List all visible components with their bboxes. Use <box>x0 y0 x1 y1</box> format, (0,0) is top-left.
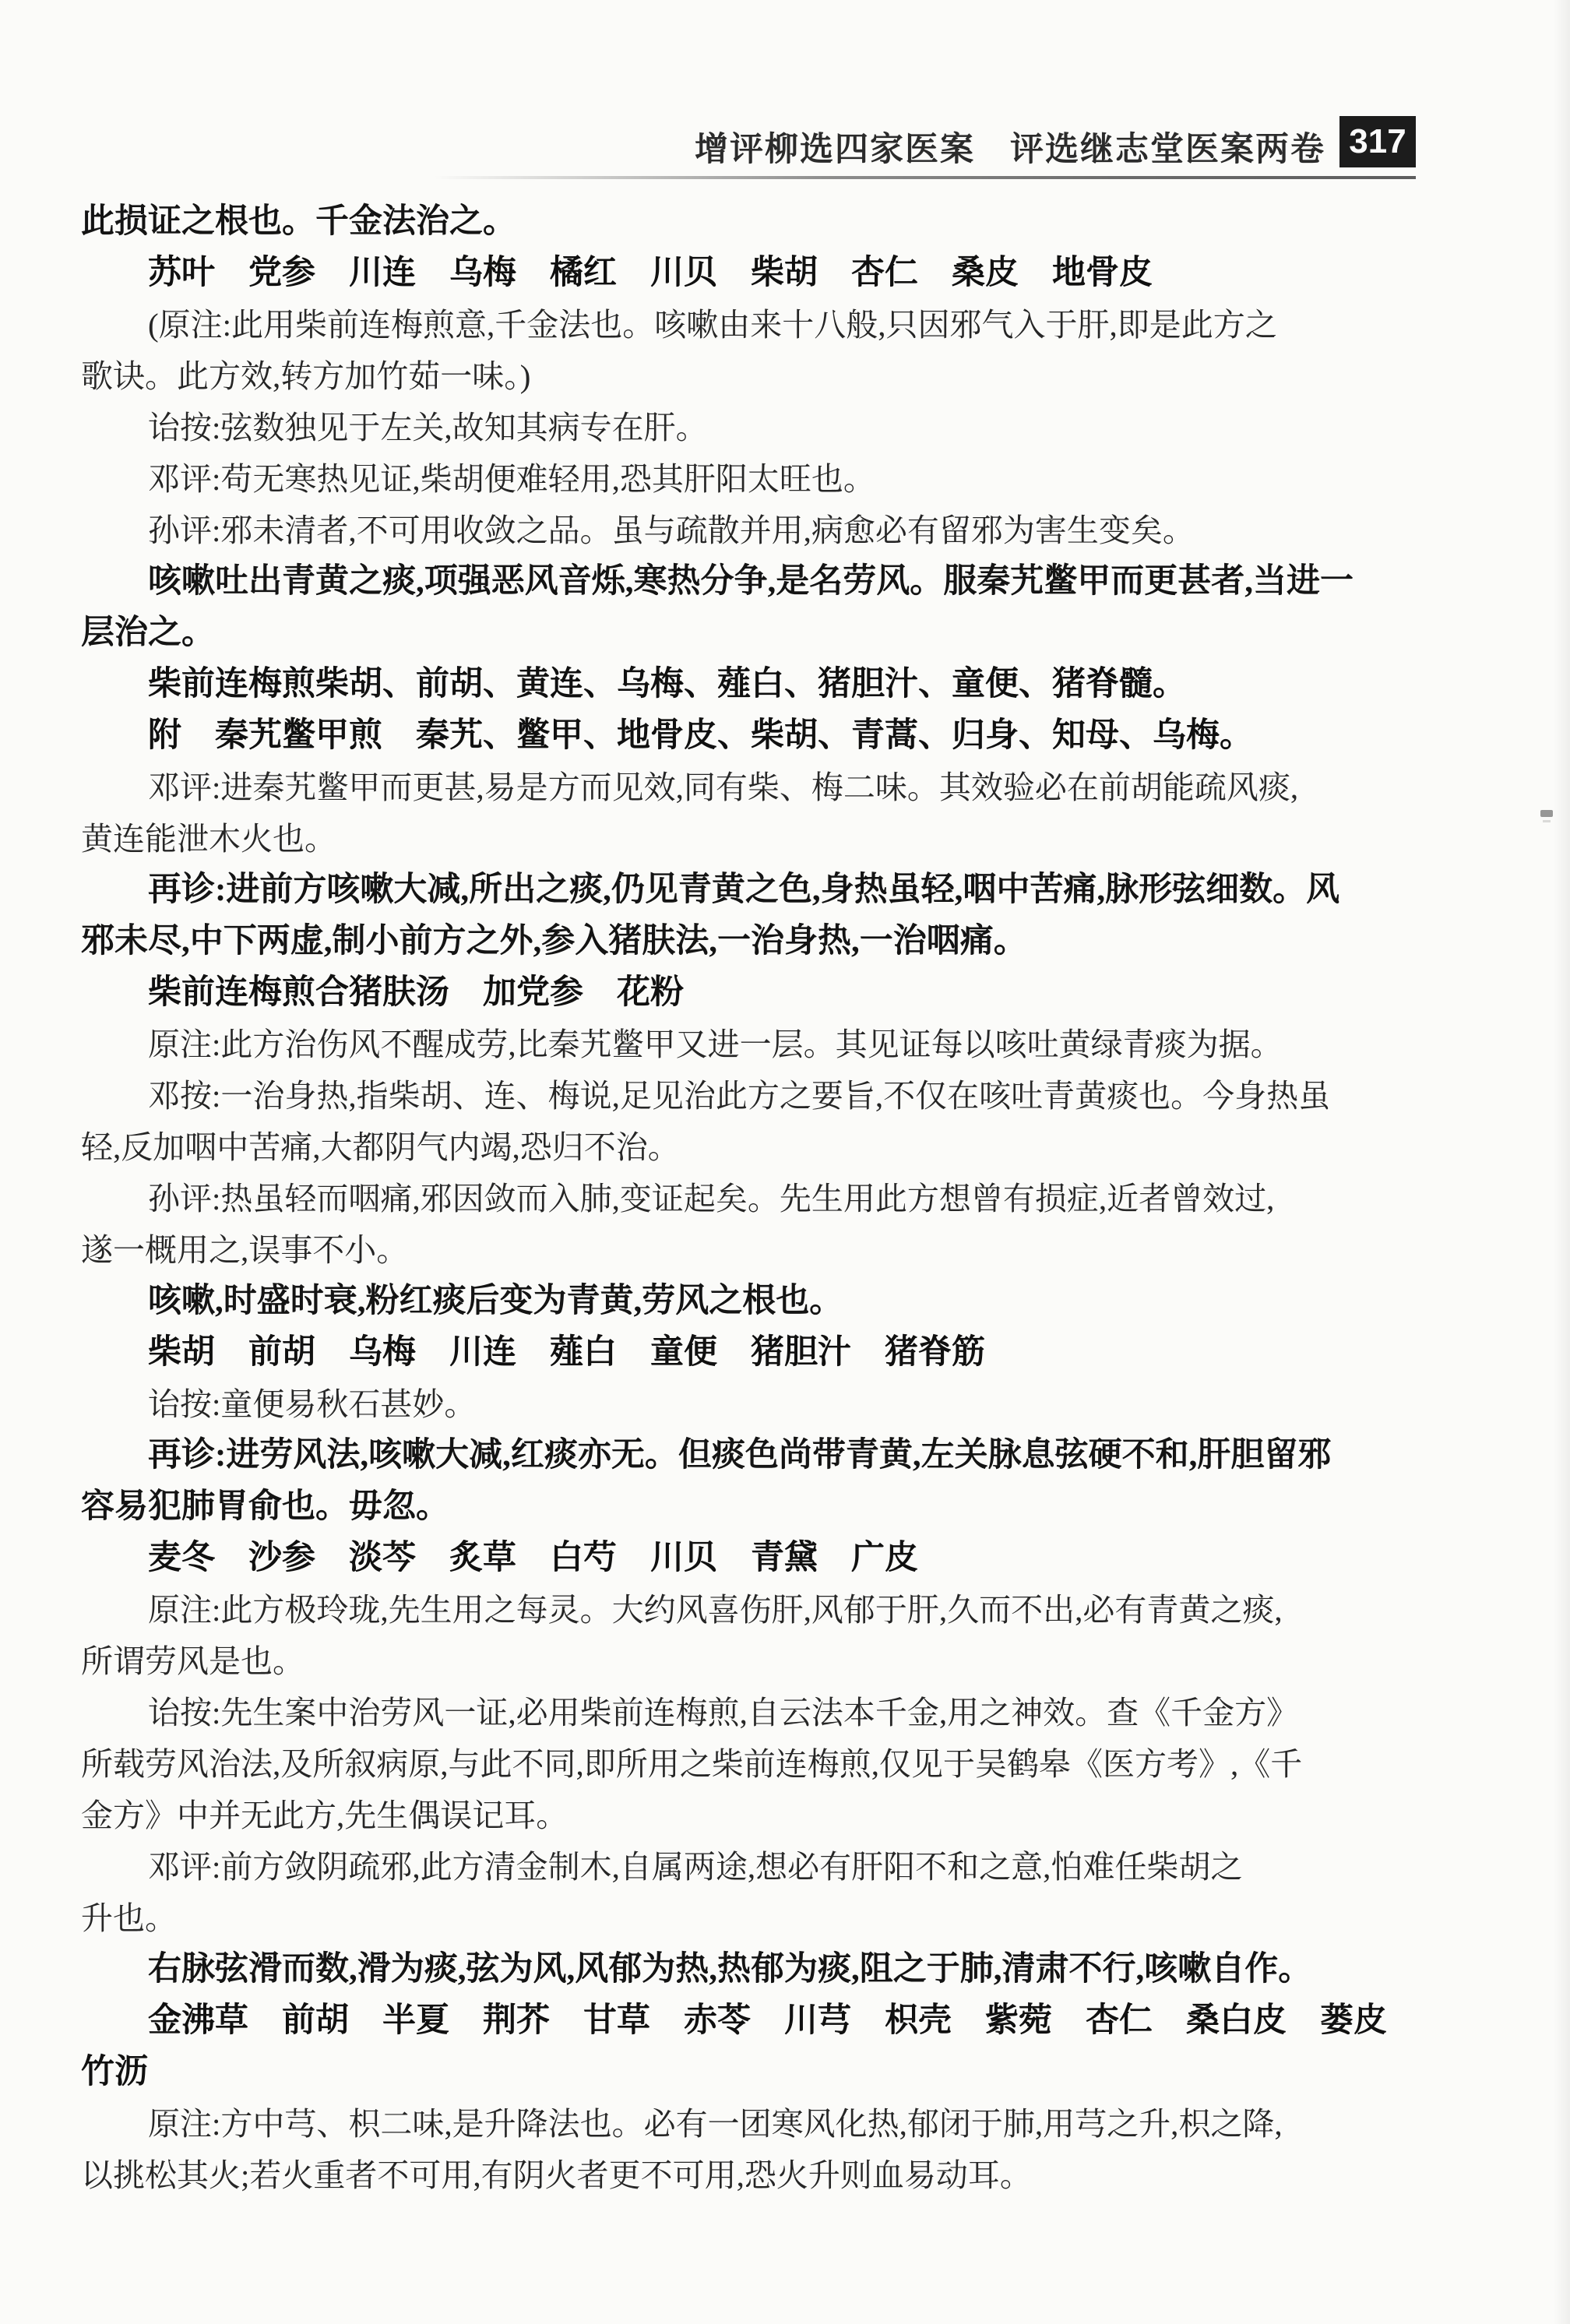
text-line: (原注:此用柴前连梅煎意,千金法也。咳嗽由来十八般,只因邪气入于肝,即是此方之 <box>81 299 1530 350</box>
page-number-badge: 317 <box>1339 116 1416 167</box>
text-line: 再诊:进前方咳嗽大减,所出之痰,仍见青黄之色,身热虽轻,咽中苦痛,脉形弦细数。风 <box>81 864 1530 916</box>
text-line: 邓评:前方敛阴疏邪,此方清金制木,自属两途,想必有肝阳不和之意,怕难任柴胡之 <box>81 1841 1530 1893</box>
text-line: 邓评:苟无寒热见证,柴胡便难轻用,恐其肝阳太旺也。 <box>81 453 1530 505</box>
text-line: 轻,反加咽中苦痛,大都阴气内竭,恐归不治。 <box>81 1122 1530 1173</box>
text-line: 所载劳风治法,及所叙病原,与此不同,即所用之柴前连梅煎,仅见于吴鹤皋《医方考》,… <box>81 1738 1530 1790</box>
book-page: 增评柳选四家医案 评选继志堂医案两卷 317 此损证之根也。千金法治之。苏叶 党… <box>0 0 1570 2324</box>
text-line: 诒按:弦数独见于左关,故知其病专在肝。 <box>81 402 1530 453</box>
text-line: 升也。 <box>81 1893 1530 1944</box>
text-line: 原注:此方治伤风不醒成劳,比秦艽鳖甲又进一层。其见证每以咳吐黄绿青痰为据。 <box>81 1019 1530 1070</box>
text-line: 咳嗽,时盛时衰,粉红痰后变为青黄,劳风之根也。 <box>81 1276 1530 1327</box>
text-line: 邓评:进秦艽鳖甲而更甚,易是方而见效,同有柴、梅二味。其效验必在前胡能疏风痰, <box>81 762 1530 813</box>
text-line: 柴胡 前胡 乌梅 川连 薤白 童便 猪胆汁 猪脊筋 <box>81 1327 1530 1379</box>
text-line: 右脉弦滑而数,滑为痰,弦为风,风郁为热,热郁为痰,阻之于肺,清肃不行,咳嗽自作。 <box>81 1944 1530 1995</box>
text-line: 苏叶 党参 川连 乌梅 橘红 川贝 柴胡 杏仁 桑皮 地骨皮 <box>81 248 1530 299</box>
text-line: 所谓劳风是也。 <box>81 1636 1530 1687</box>
text-line: 柴前连梅煎合猪肤汤 加党参 花粉 <box>81 967 1530 1019</box>
text-line: 遂一概用之,误事不小。 <box>81 1224 1530 1276</box>
text-line: 金沸草 前胡 半夏 荆芥 甘草 赤苓 川芎 枳壳 紫菀 杏仁 桑白皮 蒌皮 <box>81 1995 1530 2047</box>
scan-edge-shade <box>1553 0 1570 2324</box>
text-line: 孙评:热虽轻而咽痛,邪因敛而入肺,变证起矣。先生用此方想曾有损症,近者曾效过, <box>81 1173 1530 1224</box>
text-line: 此损证之根也。千金法治之。 <box>81 196 1530 248</box>
text-line: 以挑松其火;若火重者不可用,有阴火者更不可用,恐火升则血易动耳。 <box>81 2150 1530 2201</box>
text-line: 黄连能泄木火也。 <box>81 813 1530 864</box>
text-line: 层治之。 <box>81 607 1530 659</box>
text-line: 附 秦艽鳖甲煎 秦艽、鳖甲、地骨皮、柴胡、青蒿、归身、知母、乌梅。 <box>81 710 1530 762</box>
text-line: 竹沥 <box>81 2047 1530 2098</box>
running-head-title: 增评柳选四家医案 评选继志堂医案两卷 <box>695 123 1325 171</box>
text-line: 再诊:进劳风法,咳嗽大减,红痰亦无。但痰色尚带青黄,左关脉息弦硬不和,肝胆留邪 <box>81 1430 1530 1481</box>
text-line: 孙评:邪未清者,不可用收敛之品。虽与疏散并用,病愈必有留邪为害生变矣。 <box>81 505 1530 556</box>
text-line: 麦冬 沙参 淡芩 炙草 白芍 川贝 青黛 广皮 <box>81 1533 1530 1584</box>
page-body: 此损证之根也。千金法治之。苏叶 党参 川连 乌梅 橘红 川贝 柴胡 杏仁 桑皮 … <box>81 196 1530 2201</box>
text-line: 邓按:一治身热,指柴胡、连、梅说,足见治此方之要旨,不仅在咳吐青黄痰也。今身热虽 <box>81 1070 1530 1122</box>
text-line: 诒按:童便易秋石甚妙。 <box>81 1379 1530 1430</box>
text-line: 诒按:先生案中治劳风一证,必用柴前连梅煎,自云法本千金,用之神效。查《千金方》 <box>81 1687 1530 1738</box>
text-line: 原注:此方极玲珑,先生用之每灵。大约风喜伤肝,风郁于肝,久而不出,必有青黄之痰, <box>81 1584 1530 1636</box>
text-line: 金方》中并无此方,先生偶误记耳。 <box>81 1790 1530 1841</box>
text-line: 咳嗽吐出青黄之痰,项强恶风音烁,寒热分争,是名劳风。服秦艽鳖甲而更甚者,当进一 <box>81 556 1530 607</box>
text-line: 容易犯肺胃俞也。毋忽。 <box>81 1481 1530 1533</box>
text-line: 邪未尽,中下两虚,制小前方之外,参入猪肤法,一治身热,一治咽痛。 <box>81 916 1530 967</box>
header-rule <box>435 176 1416 179</box>
scan-artifact <box>1540 810 1553 817</box>
text-line: 原注:方中芎、枳二味,是升降法也。必有一团寒风化热,郁闭于肺,用芎之升,枳之降, <box>81 2098 1530 2150</box>
text-line: 柴前连梅煎柴胡、前胡、黄连、乌梅、薤白、猪胆汁、童便、猪脊髓。 <box>81 659 1530 710</box>
text-line: 歌诀。此方效,转方加竹茹一味。) <box>81 350 1530 402</box>
